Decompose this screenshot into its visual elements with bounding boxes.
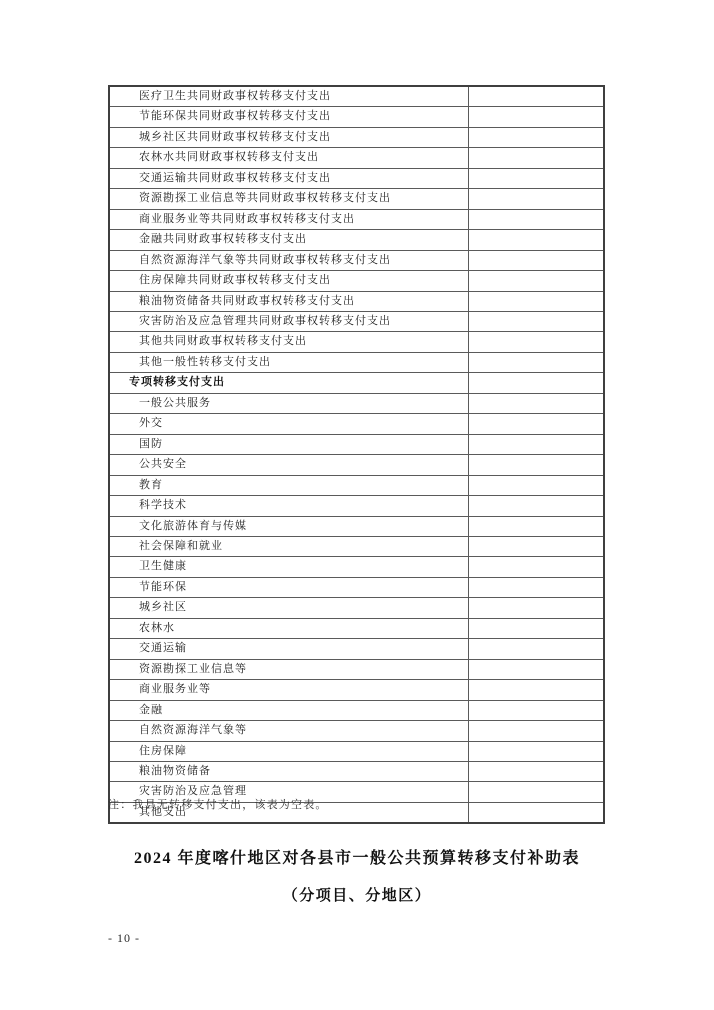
row-value-cell <box>468 782 604 802</box>
table-row: 文化旅游体育与传媒 <box>109 516 604 536</box>
row-value-cell <box>468 721 604 741</box>
table-note: 注：我县无转移支付支出，该表为空表。 <box>108 796 328 812</box>
row-value-cell <box>468 311 604 331</box>
row-label-cell: 商业服务业等 <box>109 680 468 700</box>
row-label-cell: 教育 <box>109 475 468 495</box>
row-label-cell: 节能环保 <box>109 577 468 597</box>
table-row: 医疗卫生共同财政事权转移支付支出 <box>109 86 604 107</box>
row-label-cell: 卫生健康 <box>109 557 468 577</box>
row-label-cell: 国防 <box>109 434 468 454</box>
table-row: 一般公共服务 <box>109 393 604 413</box>
row-value-cell <box>468 209 604 229</box>
row-label-cell: 专项转移支付支出 <box>109 373 468 393</box>
row-label-cell: 其他共同财政事权转移支付支出 <box>109 332 468 352</box>
row-label-cell: 资源勘探工业信息等共同财政事权转移支付支出 <box>109 189 468 209</box>
row-label-cell: 资源勘探工业信息等 <box>109 659 468 679</box>
row-value-cell <box>468 802 604 823</box>
row-value-cell <box>468 148 604 168</box>
row-label-cell: 外交 <box>109 414 468 434</box>
table-row: 资源勘探工业信息等 <box>109 659 604 679</box>
table-row: 科学技术 <box>109 496 604 516</box>
row-value-cell <box>468 352 604 372</box>
table-row: 灾害防治及应急管理共同财政事权转移支付支出 <box>109 311 604 331</box>
row-label-cell: 交通运输共同财政事权转移支付支出 <box>109 168 468 188</box>
row-value-cell <box>468 516 604 536</box>
table-row: 粮油物资储备共同财政事权转移支付支出 <box>109 291 604 311</box>
row-label-cell: 一般公共服务 <box>109 393 468 413</box>
row-label-cell: 文化旅游体育与传媒 <box>109 516 468 536</box>
row-label-cell: 自然资源海洋气象等 <box>109 721 468 741</box>
row-value-cell <box>468 271 604 291</box>
table-row: 粮油物资储备 <box>109 761 604 781</box>
table-row: 农林水共同财政事权转移支付支出 <box>109 148 604 168</box>
row-value-cell <box>468 230 604 250</box>
row-value-cell <box>468 618 604 638</box>
table-row: 其他共同财政事权转移支付支出 <box>109 332 604 352</box>
row-label-cell: 城乡社区 <box>109 598 468 618</box>
table-row: 节能环保 <box>109 577 604 597</box>
row-value-cell <box>468 659 604 679</box>
table-row: 自然资源海洋气象等 <box>109 721 604 741</box>
table-row: 商业服务业等共同财政事权转移支付支出 <box>109 209 604 229</box>
row-value-cell <box>468 373 604 393</box>
row-value-cell <box>468 332 604 352</box>
row-label-cell: 社会保障和就业 <box>109 536 468 556</box>
row-label-cell: 交通运输 <box>109 639 468 659</box>
document-page: 医疗卫生共同财政事权转移支付支出节能环保共同财政事权转移支付支出城乡社区共同财政… <box>0 0 714 1010</box>
page-number: - 10 - <box>108 931 140 946</box>
row-value-cell <box>468 639 604 659</box>
table-row: 住房保障共同财政事权转移支付支出 <box>109 271 604 291</box>
row-value-cell <box>468 414 604 434</box>
table-row: 农林水 <box>109 618 604 638</box>
table-row: 城乡社区共同财政事权转移支付支出 <box>109 127 604 147</box>
table-row: 城乡社区 <box>109 598 604 618</box>
row-label-cell: 医疗卫生共同财政事权转移支付支出 <box>109 86 468 107</box>
table-row: 国防 <box>109 434 604 454</box>
row-value-cell <box>468 393 604 413</box>
row-label-cell: 农林水共同财政事权转移支付支出 <box>109 148 468 168</box>
table-row: 公共安全 <box>109 455 604 475</box>
row-value-cell <box>468 291 604 311</box>
row-label-cell: 粮油物资储备 <box>109 761 468 781</box>
table-row: 其他一般性转移支付支出 <box>109 352 604 372</box>
table-row: 金融共同财政事权转移支付支出 <box>109 230 604 250</box>
row-label-cell: 农林水 <box>109 618 468 638</box>
row-label-cell: 粮油物资储备共同财政事权转移支付支出 <box>109 291 468 311</box>
row-label-cell: 灾害防治及应急管理共同财政事权转移支付支出 <box>109 311 468 331</box>
next-section-title: 2024 年度喀什地区对各县市一般公共预算转移支付补助表 <box>0 845 714 868</box>
table-row: 教育 <box>109 475 604 495</box>
transfer-payment-table: 医疗卫生共同财政事权转移支付支出节能环保共同财政事权转移支付支出城乡社区共同财政… <box>108 85 605 824</box>
table-row: 交通运输 <box>109 639 604 659</box>
row-value-cell <box>468 496 604 516</box>
row-value-cell <box>468 189 604 209</box>
row-label-cell: 商业服务业等共同财政事权转移支付支出 <box>109 209 468 229</box>
row-value-cell <box>468 168 604 188</box>
row-value-cell <box>468 598 604 618</box>
table-row: 住房保障 <box>109 741 604 761</box>
row-value-cell <box>468 557 604 577</box>
row-label-cell: 其他一般性转移支付支出 <box>109 352 468 372</box>
table-row: 专项转移支付支出 <box>109 373 604 393</box>
table-row: 卫生健康 <box>109 557 604 577</box>
row-value-cell <box>468 250 604 270</box>
table-row: 金融 <box>109 700 604 720</box>
row-value-cell <box>468 761 604 781</box>
row-value-cell <box>468 127 604 147</box>
row-value-cell <box>468 536 604 556</box>
row-value-cell <box>468 680 604 700</box>
row-value-cell <box>468 107 604 127</box>
row-label-cell: 自然资源海洋气象等共同财政事权转移支付支出 <box>109 250 468 270</box>
row-value-cell <box>468 741 604 761</box>
row-value-cell <box>468 700 604 720</box>
row-value-cell <box>468 475 604 495</box>
row-label-cell: 住房保障共同财政事权转移支付支出 <box>109 271 468 291</box>
row-label-cell: 城乡社区共同财政事权转移支付支出 <box>109 127 468 147</box>
table-row: 社会保障和就业 <box>109 536 604 556</box>
row-value-cell <box>468 455 604 475</box>
row-value-cell <box>468 577 604 597</box>
table-row: 自然资源海洋气象等共同财政事权转移支付支出 <box>109 250 604 270</box>
table-row: 商业服务业等 <box>109 680 604 700</box>
row-label-cell: 金融 <box>109 700 468 720</box>
row-label-cell: 科学技术 <box>109 496 468 516</box>
row-value-cell <box>468 86 604 107</box>
row-label-cell: 公共安全 <box>109 455 468 475</box>
row-label-cell: 住房保障 <box>109 741 468 761</box>
table-row: 资源勘探工业信息等共同财政事权转移支付支出 <box>109 189 604 209</box>
row-label-cell: 节能环保共同财政事权转移支付支出 <box>109 107 468 127</box>
next-section-subtitle: （分项目、分地区） <box>0 884 714 905</box>
row-label-cell: 金融共同财政事权转移支付支出 <box>109 230 468 250</box>
table-row: 节能环保共同财政事权转移支付支出 <box>109 107 604 127</box>
table-row: 外交 <box>109 414 604 434</box>
table-row: 交通运输共同财政事权转移支付支出 <box>109 168 604 188</box>
transfer-table-body: 医疗卫生共同财政事权转移支付支出节能环保共同财政事权转移支付支出城乡社区共同财政… <box>109 86 604 823</box>
row-value-cell <box>468 434 604 454</box>
